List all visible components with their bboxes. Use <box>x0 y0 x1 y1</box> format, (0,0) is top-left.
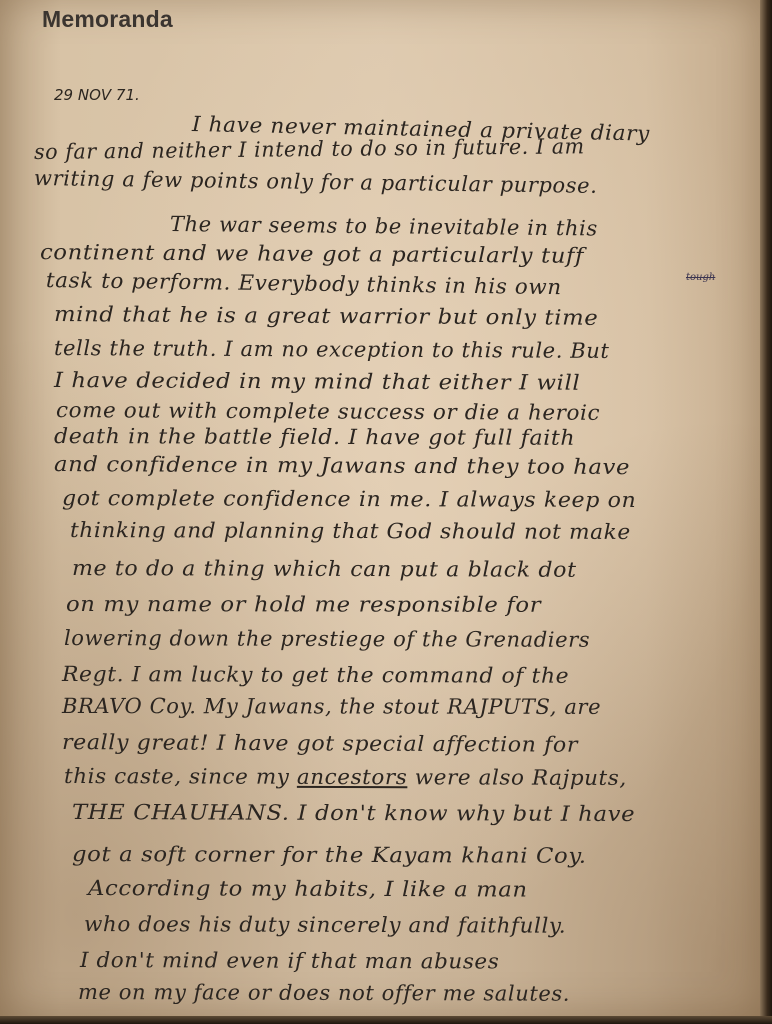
text-line: me to do a thing which can put a black d… <box>72 556 577 582</box>
text-line: writing a few points only for a particul… <box>34 166 598 198</box>
text-line: death in the battle field. I have got fu… <box>54 424 575 450</box>
text-line: thinking and planning that God should no… <box>70 518 631 544</box>
text-line: continent and we have got a particularly… <box>40 240 584 268</box>
page-bottom-shadow <box>0 1016 772 1024</box>
text-line: on my name or hold me responsible for <box>66 592 541 617</box>
text-line: who does his duty sincerely and faithful… <box>84 912 566 938</box>
text-line: BRAVO Coy. My Jawans, the stout RAJPUTS,… <box>62 694 601 719</box>
text-line: I have decided in my mind that either I … <box>54 368 580 395</box>
text-line: come out with complete success or die a … <box>56 398 600 425</box>
struck-correction: tough <box>686 272 715 283</box>
text-line: task to perform. Everybody thinks in his… <box>46 268 562 299</box>
text-line: I don't mind even if that man abuses <box>80 948 499 973</box>
text-line: THE CHAUHANS. I don't know why but I hav… <box>72 800 635 826</box>
memoranda-page: Memoranda 29 NOV 71. I have never mainta… <box>0 0 760 1016</box>
text-line: this caste, since my ancestors were also… <box>64 764 627 790</box>
text-line: Regt. I am lucky to get the command of t… <box>62 662 569 688</box>
page-edge-shadow <box>760 0 772 1024</box>
text-line: got a soft corner for the Kayam khani Co… <box>72 842 587 868</box>
text-line: The war seems to be inevitable in this <box>170 212 598 240</box>
text-line: mind that he is a great warrior but only… <box>54 302 599 330</box>
text-line: really great! I have got special affecti… <box>62 730 578 757</box>
handwritten-text-body: I have never maintained a private diary … <box>0 0 760 1016</box>
text-line: me on my face or does not offer me salut… <box>78 980 570 1006</box>
text-line: and confidence in my Jawans and they too… <box>54 452 630 479</box>
text-line: According to my habits, I like a man <box>88 876 528 902</box>
text-line: so far and neither I intend to do so in … <box>34 134 585 164</box>
text-line: got complete confidence in me. I always … <box>62 486 636 512</box>
text-line: lowering down the prestiege of the Grena… <box>64 626 590 652</box>
underlined-word: ancestors <box>297 765 408 789</box>
text-line: tells the truth. I am no exception to th… <box>54 336 610 363</box>
